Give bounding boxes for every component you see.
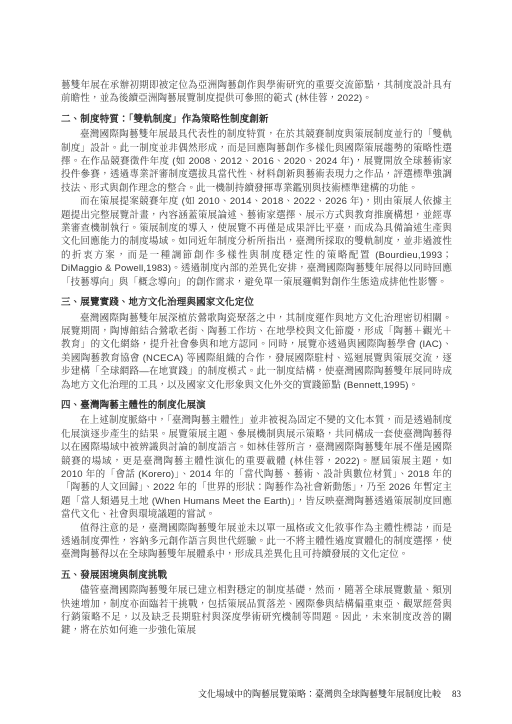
body-paragraph: 而在策展提案競賽年度 (如 2010、2014、2018、2022、2026 年…: [61, 195, 452, 289]
body-paragraph: 儘管臺灣國際陶藝雙年展已建立相對穩定的制度基礎，然而，隨著全球展覽數量、類別快速…: [61, 584, 452, 638]
page-number: 83: [452, 689, 461, 699]
section-heading-4: 四、臺灣陶藝主體性的制度化展演: [61, 399, 452, 412]
body-paragraph: 在上述制度脈絡中，「臺灣陶藝主體性」並非被視為固定不變的文化本質，而是透過制度化…: [61, 414, 452, 521]
body-paragraph: 值得注意的是，臺灣國際陶藝雙年展並未以單一風格或文化敘事作為主體性標誌，而是透過…: [61, 522, 452, 562]
footer-running-title: 文化場域中的陶藝展覽策略：臺灣與全球陶藝雙年展制度比較: [198, 689, 441, 699]
body-paragraph: 臺灣國際陶藝雙年展最具代表性的制度特質，在於其競賽制度與策展制度並行的「雙軌制度…: [61, 128, 452, 195]
section-heading-2: 二、制度特質：「雙軌制度」作為策略性制度創新: [61, 113, 452, 126]
section-heading-5: 五、發展困境與制度挑戰: [61, 569, 452, 582]
paper-page: 藝雙年展在承辦初期即被定位為亞洲陶藝創作與學術研究的重要交流節點，其制度設計具有…: [0, 0, 512, 724]
body-paragraph: 臺灣國際陶藝雙年展深植於鶯歌陶瓷聚落之中，其制度運作與地方文化治理密切相關。展覽…: [61, 312, 452, 392]
article-body: 藝雙年展在承辦初期即被定位為亞洲陶藝創作與學術研究的重要交流節點，其制度設計具有…: [61, 79, 452, 638]
page-footer: 文化場域中的陶藝展覽策略：臺灣與全球陶藝雙年展制度比較83: [198, 687, 461, 700]
body-paragraph-continuation: 藝雙年展在承辦初期即被定位為亞洲陶藝創作與學術研究的重要交流節點，其制度設計具有…: [61, 79, 452, 106]
section-heading-3: 三、展覽實踐、地方文化治理與國家文化定位: [61, 296, 452, 309]
